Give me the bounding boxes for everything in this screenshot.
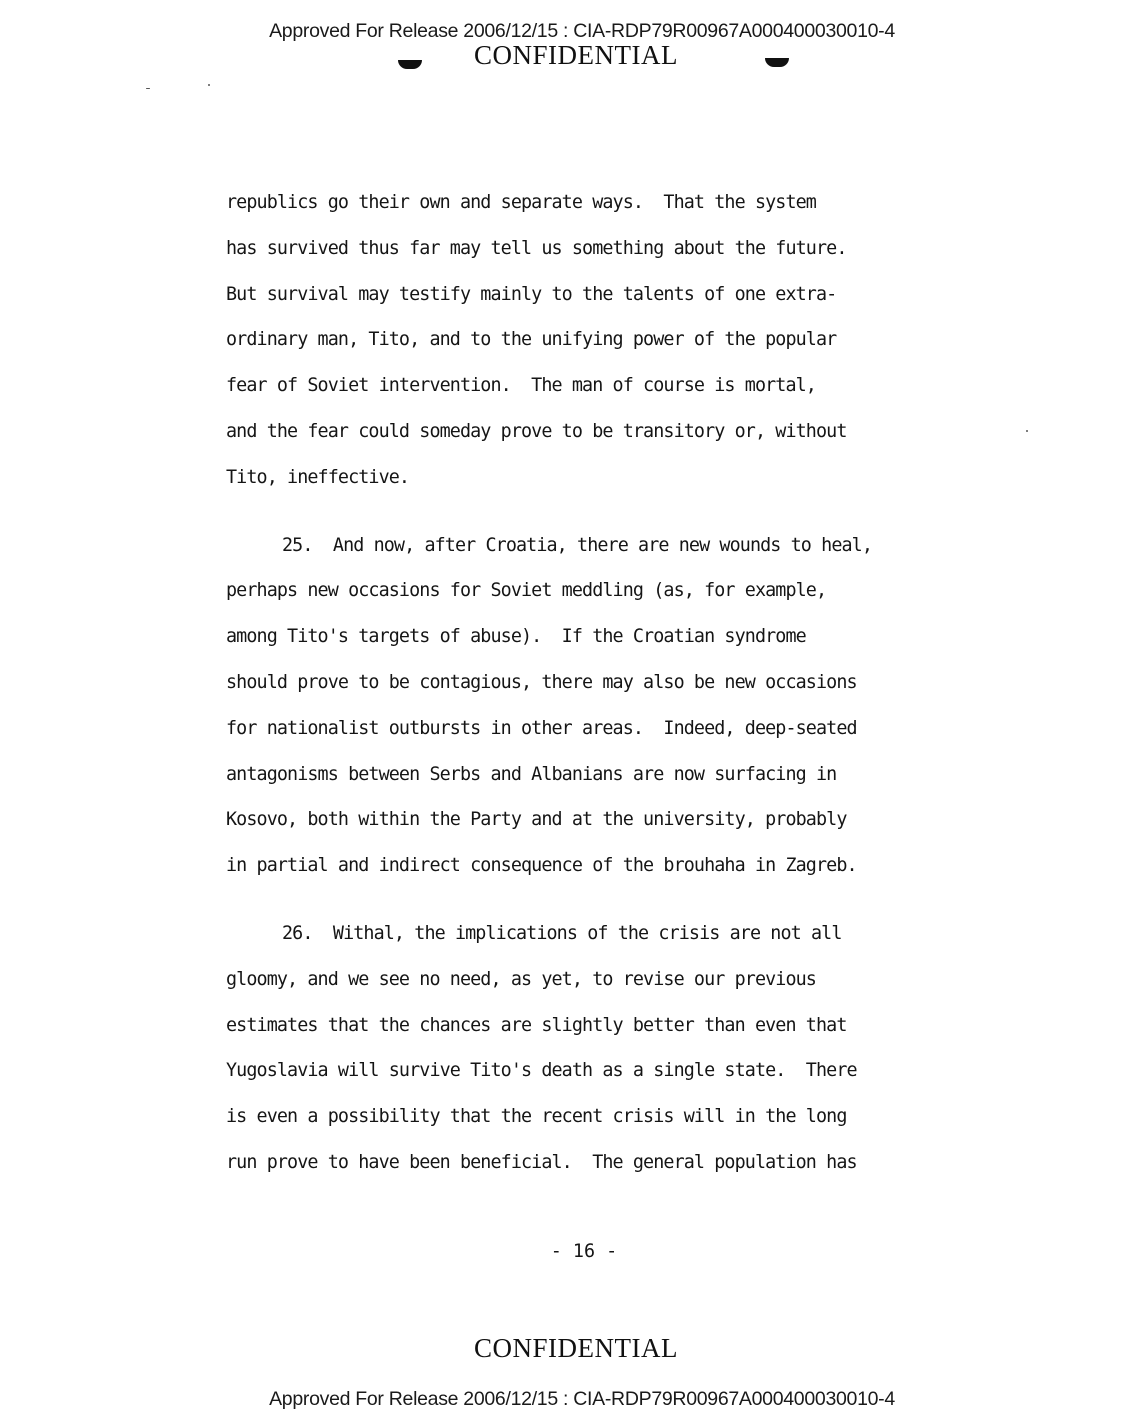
scan-speck-icon — [208, 84, 210, 86]
page-number: - 16 - — [0, 1241, 1148, 1262]
document-body: republics go their own and separate ways… — [226, 189, 986, 1195]
paragraph-number: 26. — [282, 923, 313, 944]
text-line: Kosovo, both within the Party and at the… — [226, 806, 986, 852]
text-line: and the fear could someday prove to be t… — [226, 418, 986, 464]
text-line: has survived thus far may tell us someth… — [226, 235, 986, 281]
paragraph-26: 26. Withal, the implications of the cris… — [226, 920, 986, 1195]
classification-footer: CONFIDENTIAL — [0, 1333, 1148, 1364]
text-line: republics go their own and separate ways… — [226, 189, 986, 235]
text-line: run prove to have been beneficial. The g… — [226, 1149, 986, 1195]
text-line: ordinary man, Tito, and to the unifying … — [226, 326, 986, 372]
text-line: is even a possibility that the recent cr… — [226, 1103, 986, 1149]
text-line: Tito, ineffective. — [226, 464, 986, 510]
text-line: among Tito's targets of abuse). If the C… — [226, 623, 986, 669]
text-line: Yugoslavia will survive Tito's death as … — [226, 1057, 986, 1103]
continuation-paragraph: republics go their own and separate ways… — [226, 189, 986, 510]
text-line: 25. And now, after Croatia, there are ne… — [226, 532, 986, 578]
text-line: should prove to be contagious, there may… — [226, 669, 986, 715]
paragraph-number: 25. — [282, 535, 313, 556]
text-line: in partial and indirect consequence of t… — [226, 852, 986, 898]
text-line: for nationalist outbursts in other areas… — [226, 715, 986, 761]
release-stamp-bottom: Approved For Release 2006/12/15 : CIA-RD… — [0, 1388, 1148, 1411]
text-line: But survival may testify mainly to the t… — [226, 281, 986, 327]
text-line: gloomy, and we see no need, as yet, to r… — [226, 966, 986, 1012]
text-line: estimates that the chances are slightly … — [226, 1012, 986, 1058]
scan-speck-icon — [146, 88, 150, 89]
scan-speck-icon — [1026, 430, 1028, 432]
paragraph-25: 25. And now, after Croatia, there are ne… — [226, 532, 986, 898]
classification-header: CONFIDENTIAL — [0, 40, 1148, 71]
text-line: antagonisms between Serbs and Albanians … — [226, 761, 986, 807]
text-line: perhaps new occasions for Soviet meddlin… — [226, 577, 986, 623]
text-line: fear of Soviet intervention. The man of … — [226, 372, 986, 418]
text-line: 26. Withal, the implications of the cris… — [226, 920, 986, 966]
